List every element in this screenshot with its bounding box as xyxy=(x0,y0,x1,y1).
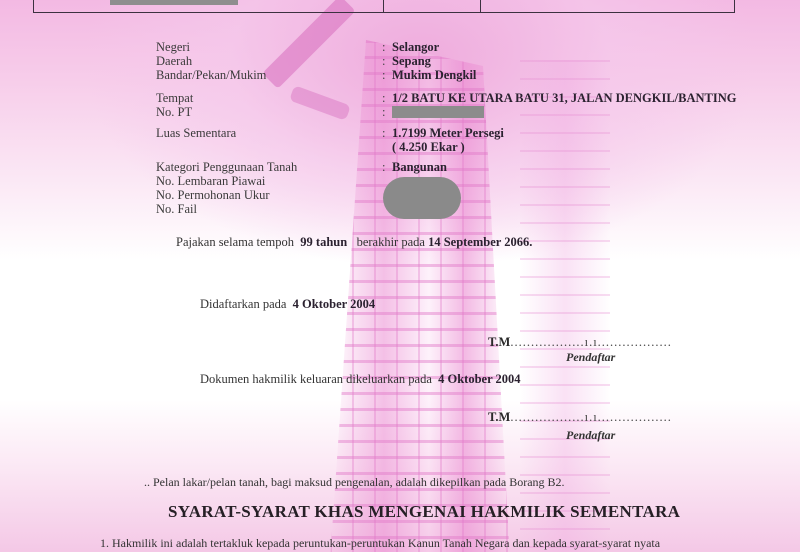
field-colon: : xyxy=(382,126,385,140)
field-value: 1.7199 Meter Persegi xyxy=(392,126,504,140)
registrar-title-2: Pendaftar xyxy=(566,428,615,443)
registrar-title-1: Pendaftar xyxy=(566,350,615,365)
redacted-survey-values xyxy=(383,177,461,219)
field-value-secondary: ( 4.250 Ekar ) xyxy=(392,140,465,154)
field-colon: : xyxy=(382,91,385,105)
plan-note-text: Pelan lakar/pelan tanah, bagi maksud pen… xyxy=(153,475,565,489)
field-colon: : xyxy=(382,40,385,54)
clause-1: 1. Hakmilik ini adalah tertakluk kepada … xyxy=(100,536,660,551)
field-value: Sepang xyxy=(392,54,431,68)
registered-date: 4 Oktober 2004 xyxy=(293,297,375,311)
field-colon: : xyxy=(382,105,385,119)
registered-prefix: Didaftarkan pada xyxy=(200,297,286,311)
field-colon: : xyxy=(382,54,385,68)
registrar-signature-1: T.M..................ı.ı................… xyxy=(488,335,672,350)
field-label: Bandar/Pekan/Mukim xyxy=(156,68,266,82)
lease-middle: berakhir pada xyxy=(357,235,425,249)
field-colon: : xyxy=(382,160,385,174)
signature-tm: T.M xyxy=(488,410,510,424)
signature-line: ..................ı.ı.................. xyxy=(510,410,672,424)
header-table-box-right xyxy=(383,0,735,13)
field-label: No. Permohonan Ukur xyxy=(156,188,270,202)
field-colon: : xyxy=(382,68,385,82)
field-value: Bangunan xyxy=(392,160,447,174)
field-label: Tempat xyxy=(156,91,193,105)
section-heading: SYARAT-SYARAT KHAS MENGENAI HAKMILIK SEM… xyxy=(168,502,680,522)
lease-end-date: 14 September 2066. xyxy=(428,235,532,249)
plan-note: .. Pelan lakar/pelan tanah, bagi maksud … xyxy=(144,475,565,490)
redacted-header-value xyxy=(110,0,238,5)
lease-term-line: Pajakan selama tempoh 99 tahun berakhir … xyxy=(176,235,532,250)
signature-tm: T.M xyxy=(488,335,510,349)
field-label: No. Fail xyxy=(156,202,197,216)
redacted-no-pt xyxy=(392,106,484,118)
issued-prefix: Dokumen hakmilik keluaran dikeluarkan pa… xyxy=(200,372,432,386)
signature-line: ..................ı.ı.................. xyxy=(510,335,672,349)
field-label: Daerah xyxy=(156,54,192,68)
field-label: Luas Sementara xyxy=(156,126,236,140)
registered-line: Didaftarkan pada 4 Oktober 2004 xyxy=(200,297,375,312)
field-value: Mukim Dengkil xyxy=(392,68,476,82)
plan-note-marker: .. xyxy=(144,475,150,489)
field-value: 1/2 BATU KE UTARA BATU 31, JALAN DENGKIL… xyxy=(392,91,737,105)
watermark-crane-arm-secondary xyxy=(289,85,351,121)
field-label: Negeri xyxy=(156,40,190,54)
field-label: Kategori Penggunaan Tanah xyxy=(156,160,297,174)
lease-term: 99 tahun xyxy=(300,235,347,249)
lease-prefix: Pajakan selama tempoh xyxy=(176,235,294,249)
field-label: No. Lembaran Piawai xyxy=(156,174,265,188)
field-label: No. PT xyxy=(156,105,192,119)
issued-date: 4 Oktober 2004 xyxy=(438,372,520,386)
issued-line: Dokumen hakmilik keluaran dikeluarkan pa… xyxy=(200,372,521,387)
watermark-crane-arm xyxy=(262,0,355,89)
field-value: Selangor xyxy=(392,40,439,54)
registrar-signature-2: T.M..................ı.ı................… xyxy=(488,410,672,425)
